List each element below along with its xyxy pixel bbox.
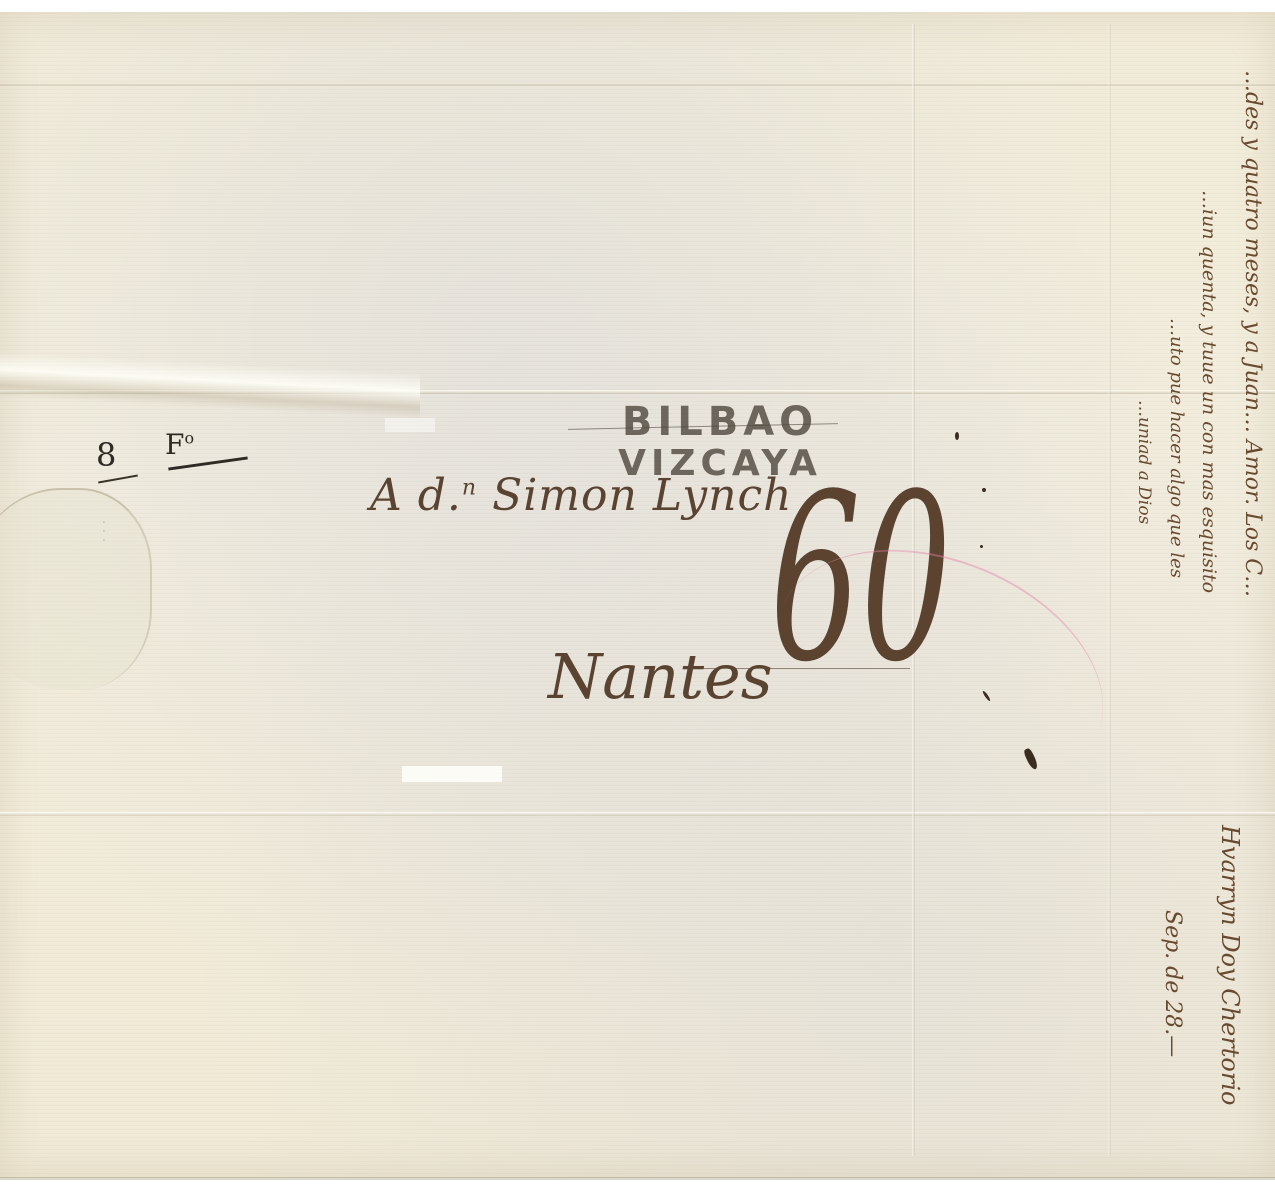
seal-flap-outline bbox=[0, 488, 152, 690]
ink-spot bbox=[980, 545, 983, 548]
ink-spot bbox=[955, 432, 959, 440]
scan-erasure-patch bbox=[402, 766, 502, 782]
fold-line-top bbox=[0, 84, 1275, 86]
recipient-name: Simon Lynch bbox=[492, 470, 792, 521]
bleed-through-writing: · · · bbox=[95, 520, 111, 542]
margin-text-line-2: …iun quenta, y tuue un con mas esquisito bbox=[1198, 190, 1220, 593]
franco-mark: Fo bbox=[165, 428, 194, 461]
postmark-line1: BILBAO bbox=[595, 400, 845, 444]
margin-signature: Hvarryn Doy Chertorio bbox=[1216, 825, 1244, 1105]
rating-numeral-mark: 8 bbox=[96, 436, 116, 474]
ink-spot bbox=[982, 488, 986, 492]
fold-line-lower bbox=[0, 812, 1275, 816]
address-recipient: A d.n Simon Lynch bbox=[370, 470, 792, 521]
address-prefix: A d. bbox=[370, 470, 462, 521]
margin-text-line-1: …des y quatro meses, y a Juan… Amor. Los… bbox=[1240, 70, 1265, 597]
letter-paper bbox=[0, 12, 1275, 1178]
margin-text-line-3: …uto pue hacer algo que les bbox=[1166, 318, 1187, 578]
fold-line-right-outer bbox=[1108, 24, 1111, 1156]
margin-date: Sep. de 28.— bbox=[1160, 910, 1185, 1057]
address-superscript: n bbox=[462, 475, 477, 500]
scan-erasure-patch bbox=[385, 418, 435, 432]
franco-letter: F bbox=[165, 428, 184, 461]
address-city: Nantes bbox=[548, 640, 773, 713]
margin-text-line-4: …uniad a Dios bbox=[1134, 400, 1154, 524]
franco-superscript: o bbox=[184, 429, 194, 448]
